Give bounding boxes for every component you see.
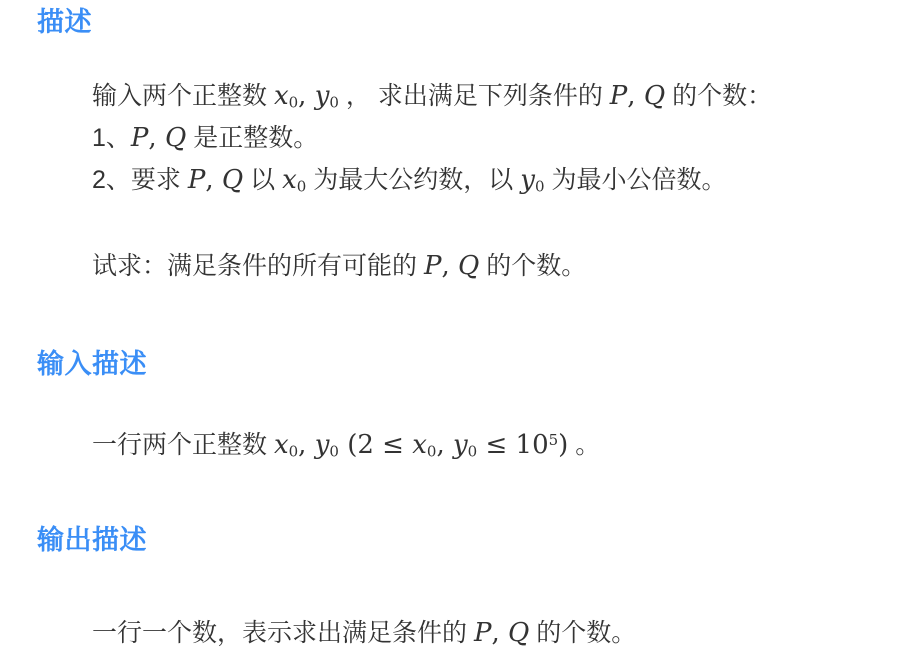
math-run: Q — [644, 81, 665, 111]
math-run: y0 — [315, 81, 339, 111]
math-run: Q — [508, 618, 529, 648]
description-line-1: 输入两个正整数 x0, y0 ， 求出满足下列条件的 P, Q 的个数： — [92, 75, 902, 117]
math-run: x0 — [274, 430, 298, 460]
text-run: 。 — [568, 431, 600, 459]
math-run: y0 — [520, 165, 544, 195]
math-subscript: 0 — [329, 93, 339, 111]
output-paragraph: 一行一个数，表示求出满足条件的 P, Q 的个数。 — [92, 612, 902, 654]
math-run: P — [188, 165, 206, 195]
text-run: 为最小公倍数。 — [545, 166, 727, 194]
math-subscript: 0 — [468, 442, 478, 460]
math-run: P — [131, 123, 149, 153]
math-subscript: 0 — [289, 442, 299, 460]
math-run: , — [441, 251, 458, 281]
text-run: 一行一个数，表示求出满足条件的 — [92, 619, 474, 647]
text-run: 为最大公约数，以 — [306, 166, 520, 194]
problem-statement: 描述 输入两个正整数 x0, y0 ， 求出满足下列条件的 P, Q 的个数： … — [0, 0, 902, 654]
text-run: 是正整数。 — [186, 124, 318, 152]
description-line-3: 2、要求 P, Q 以 x0 为最大公约数，以 y0 为最小公倍数。 — [92, 159, 902, 201]
math-run: x0 — [274, 81, 298, 111]
math-superscript: 5 — [549, 431, 559, 449]
math-run: Q — [458, 251, 479, 281]
input-section-heading: 输入描述 — [37, 348, 902, 380]
description-paragraph-2: 试求：满足条件的所有可能的 P, Q 的个数。 — [92, 245, 902, 287]
text-run: 一行两个正整数 — [92, 431, 274, 459]
math-run: Q — [165, 123, 186, 153]
text-run: 试求：满足条件的所有可能的 — [92, 252, 424, 280]
math-subscript: 0 — [289, 93, 299, 111]
math-run: , — [627, 81, 644, 111]
text-run: 的个数： — [665, 82, 772, 110]
description-section-heading: 描述 — [37, 6, 902, 38]
text-run: 2、要求 — [92, 166, 188, 194]
description-line-2: 1、P, Q 是正整数。 — [92, 117, 902, 159]
math-subscript: 0 — [329, 442, 339, 460]
math-run: y0 — [315, 430, 339, 460]
text-run: 以 — [243, 166, 282, 194]
math-run: , — [298, 430, 315, 460]
text-run: 1、 — [92, 124, 131, 152]
math-run: y0 — [453, 430, 477, 460]
math-run: , — [436, 430, 453, 460]
input-paragraph: 一行两个正整数 x0, y0 (2 ≤ x0, y0 ≤ 105) 。 — [92, 424, 902, 466]
math-subscript: 0 — [297, 177, 307, 195]
math-run: , — [298, 81, 315, 111]
math-run: x0 — [282, 165, 306, 195]
description-paragraph-1: 输入两个正整数 x0, y0 ， 求出满足下列条件的 P, Q 的个数： 1、P… — [92, 75, 902, 201]
description-ask-line: 试求：满足条件的所有可能的 P, Q 的个数。 — [92, 245, 902, 287]
math-run: P — [474, 618, 492, 648]
math-run: P — [424, 251, 442, 281]
math-run: , — [205, 165, 222, 195]
input-line-1: 一行两个正整数 x0, y0 (2 ≤ x0, y0 ≤ 105) 。 — [92, 424, 902, 466]
math-run: x0 — [412, 430, 436, 460]
math-run: ≤ 105 — [477, 430, 558, 460]
output-section-heading: 输出描述 — [37, 524, 902, 556]
text-run: 的个数。 — [529, 619, 636, 647]
math-run: Q — [222, 165, 243, 195]
output-line-1: 一行一个数，表示求出满足条件的 P, Q 的个数。 — [92, 612, 902, 654]
math-subscript: 0 — [427, 442, 437, 460]
math-run: ) — [558, 430, 568, 460]
math-run: , — [148, 123, 165, 153]
math-run: P — [610, 81, 628, 111]
text-run: ， 求出满足下列条件的 — [339, 82, 610, 110]
math-run: , — [491, 618, 508, 648]
math-subscript: 0 — [535, 177, 545, 195]
math-run: (2 ≤ — [339, 430, 412, 460]
text-run: 的个数。 — [479, 252, 586, 280]
text-run: 输入两个正整数 — [92, 82, 274, 110]
